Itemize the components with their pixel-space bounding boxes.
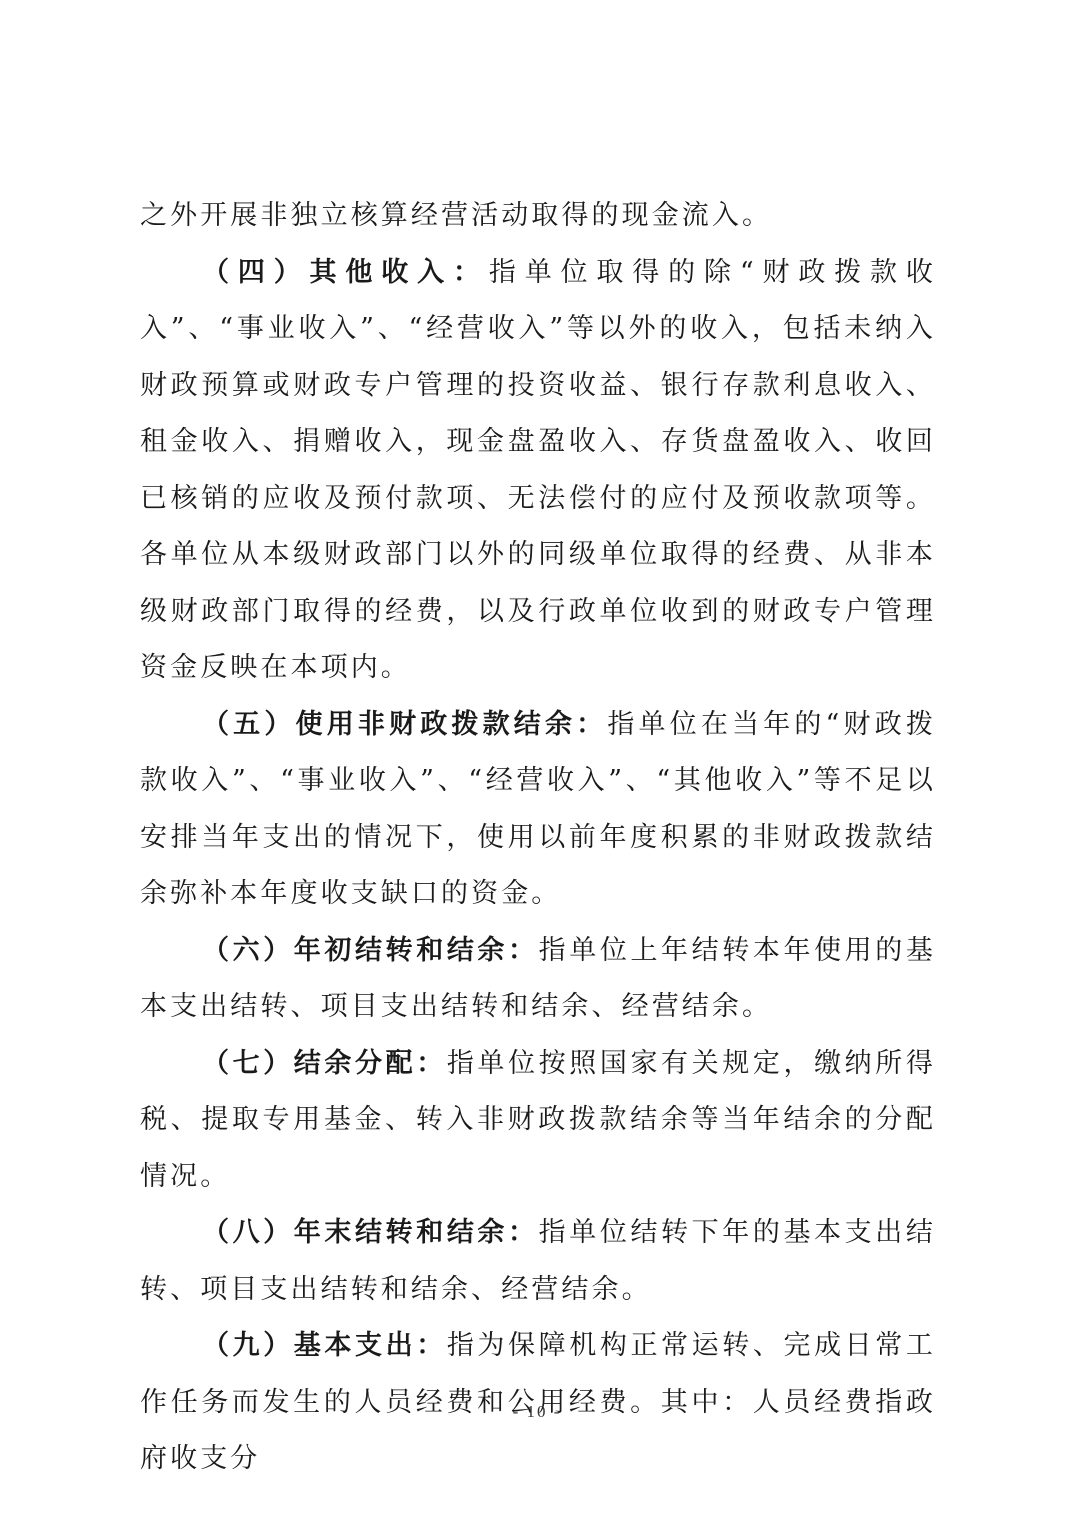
- paragraph-surplus-distribution: （七）结余分配：指单位按照国家有关规定，缴纳所得税、提取专用基金、转入非财政拨款…: [140, 1036, 936, 1206]
- page-number: - 10 -: [0, 1402, 1074, 1422]
- paragraph-body: 指单位取得的除“财政拨款收入”、“事业收入”、“经营收入”等以外的收入，包括未纳…: [140, 257, 936, 684]
- paragraph-heading: （六）年初结转和结余：: [202, 935, 539, 966]
- paragraph-heading: （八）年末结转和结余：: [202, 1217, 539, 1248]
- paragraph-other-income: （四）其他收入：指单位取得的除“财政拨款收入”、“事业收入”、“经营收入”等以外…: [140, 245, 936, 697]
- paragraph-continuation: 之外开展非独立核算经营活动取得的现金流入。: [140, 188, 936, 245]
- paragraph-heading: （五）使用非财政拨款结余：: [202, 709, 607, 740]
- paragraph-heading: （四）其他收入：: [202, 257, 489, 288]
- document-page: 之外开展非独立核算经营活动取得的现金流入。 （四）其他收入：指单位取得的除“财政…: [140, 188, 936, 1488]
- paragraph-heading: （七）结余分配：: [202, 1048, 447, 1079]
- paragraph-body: 之外开展非独立核算经营活动取得的现金流入。: [140, 200, 772, 231]
- paragraph-heading: （九）基本支出：: [202, 1330, 447, 1361]
- paragraph-year-end-carryover: （八）年末结转和结余：指单位结转下年的基本支出结转、项目支出结转和结余、经营结余…: [140, 1205, 936, 1318]
- paragraph-use-non-fiscal-balance: （五）使用非财政拨款结余：指单位在当年的“财政拨款收入”、“事业收入”、“经营收…: [140, 697, 936, 923]
- paragraph-beginning-carryover: （六）年初结转和结余：指单位上年结转本年使用的基本支出结转、项目支出结转和结余、…: [140, 923, 936, 1036]
